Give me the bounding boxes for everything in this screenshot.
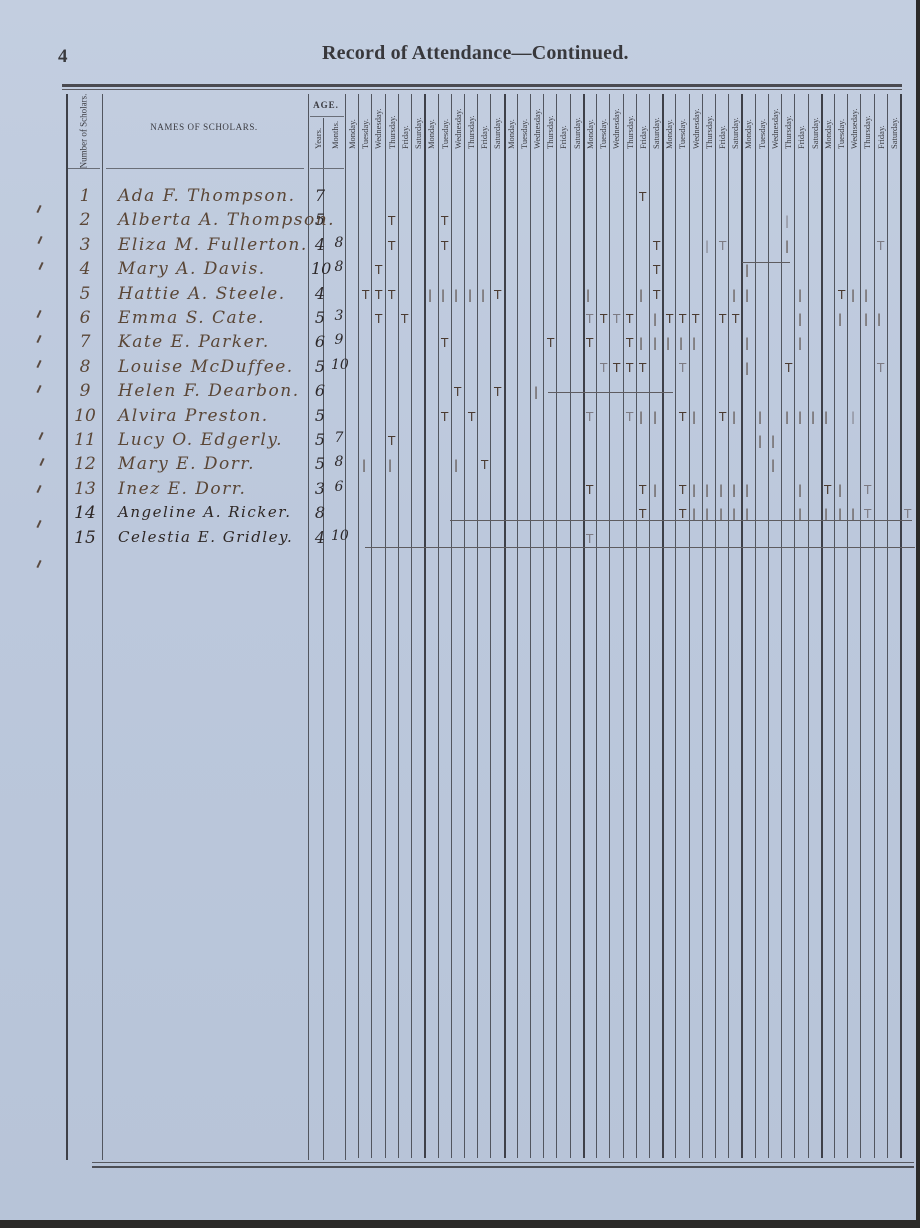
absence-mark: |: [705, 239, 709, 253]
scholar-name: Mary E. Dorr.: [118, 454, 255, 474]
scholar-row: 8Louise McDuffee.510: [0, 357, 360, 382]
tardy-mark: T: [494, 385, 501, 399]
tardy-mark: T: [639, 361, 646, 375]
day-header: Saturday.: [491, 110, 502, 170]
day-header-label: Wednseday.: [849, 137, 859, 149]
number-of-scholars-label: Number of Scholars.: [78, 94, 88, 169]
day-header: Saturday.: [809, 110, 820, 170]
scholar-name: Emma S. Cate.: [118, 308, 265, 328]
day-column-line: [543, 94, 544, 1158]
day-header: Thursday.: [544, 110, 555, 170]
scholar-name: Angeline A. Ricker.: [118, 503, 292, 521]
day-header-label: Friday.: [479, 137, 489, 149]
absence-mark: |: [745, 263, 749, 277]
absence-mark: |: [877, 312, 881, 326]
absence-mark: |: [798, 312, 802, 326]
scholar-age-months: 6: [331, 479, 347, 495]
absence-mark: |: [705, 507, 709, 521]
day-header: Monday.: [505, 110, 516, 170]
attendance-register-page: 4 Record of Attendance—Continued. Number…: [0, 0, 916, 1220]
absence-mark: |: [864, 288, 868, 302]
tardy-mark: T: [904, 507, 911, 521]
day-column-line: [385, 94, 386, 1158]
day-column-line: [689, 94, 690, 1158]
tardy-mark: T: [626, 410, 633, 424]
tardy-mark: T: [586, 336, 593, 350]
scholar-age-years: 4: [311, 235, 329, 254]
scholar-row: 13Inez E. Dorr.36: [0, 479, 360, 504]
tardy-mark: T: [613, 312, 620, 326]
day-header-label: Monday.: [426, 137, 436, 149]
day-header: Tuesday.: [756, 110, 767, 170]
absence-mark: |: [732, 410, 736, 424]
scholar-row: 9Helen F. Dearbon.6: [0, 381, 360, 406]
absence-mark: |: [653, 312, 657, 326]
scholar-row: 11Lucy O. Edgerly.57: [0, 430, 360, 455]
tardy-mark: T: [375, 263, 382, 277]
day-header: Friday.: [716, 110, 727, 170]
tardy-mark: T: [626, 336, 633, 350]
day-header-label: Saturday.: [651, 137, 661, 149]
absence-mark: |: [441, 288, 445, 302]
absence-mark: |: [639, 410, 643, 424]
header-underline: [68, 168, 100, 169]
absence-mark: |: [758, 410, 762, 424]
scholar-row: 7Kate E. Parker.69: [0, 332, 360, 357]
absence-mark: |: [428, 288, 432, 302]
absence-mark: |: [705, 483, 709, 497]
absence-mark: |: [838, 507, 842, 521]
tardy-mark: T: [375, 312, 382, 326]
tardy-mark: T: [824, 483, 831, 497]
tardy-mark: T: [586, 532, 593, 546]
absence-mark: |: [692, 483, 696, 497]
day-column-line: [609, 94, 610, 1158]
tardy-mark: T: [639, 507, 646, 521]
day-column-line: [556, 94, 557, 1158]
absence-mark: |: [838, 483, 842, 497]
day-header-label: Tuesday.: [360, 137, 370, 149]
absence-mark: |: [388, 458, 392, 472]
day-header-label: Saturday.: [810, 137, 820, 149]
day-header-label: Monday.: [506, 137, 516, 149]
years-header-label: Years.: [313, 137, 323, 149]
day-header: Monday.: [425, 110, 436, 170]
day-column-line: [755, 94, 756, 1158]
absence-mark: |: [732, 288, 736, 302]
day-header: Thursday.: [624, 110, 635, 170]
absence-mark: |: [851, 507, 855, 521]
day-header: Monday.: [584, 110, 595, 170]
tardy-mark: T: [679, 507, 686, 521]
scholar-name: Hattie A. Steele.: [118, 284, 286, 304]
day-header: Tuesday.: [518, 110, 529, 170]
day-header-label: Saturday.: [730, 137, 740, 149]
scholar-age-years: 5: [311, 406, 329, 425]
day-header-label: Wednesday.: [770, 137, 780, 149]
tardy-mark: T: [600, 312, 607, 326]
day-header: Wednesday.: [690, 110, 701, 170]
day-column-line: [860, 94, 861, 1158]
day-header-label: Thursday.: [545, 137, 555, 149]
day-header-label: Monday.: [743, 137, 753, 149]
age-underline: [310, 116, 344, 117]
day-header-label: Tuesday.: [440, 137, 450, 149]
day-header: Wednesday.: [769, 110, 780, 170]
scholar-row: 10Alvira Preston.5: [0, 406, 360, 431]
scholar-age-years: 10: [311, 259, 329, 278]
day-header-label: Wednesday.: [611, 137, 621, 149]
day-header: Friday.: [478, 110, 489, 170]
day-header-label: Tuesday.: [836, 137, 846, 149]
tardy-mark: T: [441, 410, 448, 424]
tardy-mark: T: [838, 288, 845, 302]
day-column-line: [715, 94, 716, 1158]
names-of-scholars-header: NAMES OF SCHOLARS.: [104, 122, 304, 132]
scholar-name: Lucy O. Edgerly.: [118, 430, 283, 450]
scholar-age-years: 3: [311, 479, 329, 498]
tardy-mark: T: [732, 312, 739, 326]
week-separator-line: [583, 94, 585, 1158]
tardy-mark: T: [547, 336, 554, 350]
scholar-age-months: 7: [331, 430, 347, 446]
tardy-mark: T: [877, 361, 884, 375]
day-column-line: [847, 94, 848, 1158]
scholar-number: 6: [70, 308, 100, 328]
scholar-age-months: 8: [331, 235, 347, 251]
tardy-mark: T: [785, 361, 792, 375]
day-column-line: [675, 94, 676, 1158]
absence-mark: |: [454, 288, 458, 302]
day-header: Friday.: [875, 110, 886, 170]
tardy-mark: T: [719, 410, 726, 424]
tardy-mark: T: [454, 385, 461, 399]
tardy-mark: T: [692, 312, 699, 326]
absence-mark: |: [732, 483, 736, 497]
ruled-line: [742, 262, 790, 263]
tardy-mark: T: [653, 263, 660, 277]
absence-mark: |: [653, 336, 657, 350]
tardy-mark: T: [481, 458, 488, 472]
scholar-name: Mary A. Davis.: [118, 259, 266, 279]
header-underline: [310, 168, 344, 169]
scholar-number: 7: [70, 332, 100, 352]
scholar-row: 14Angeline A. Ricker.8: [0, 503, 360, 528]
scholar-age-months: 8: [331, 259, 347, 275]
week-separator-line: [741, 94, 743, 1158]
absence-mark: |: [824, 507, 828, 521]
scholar-number: 12: [70, 454, 100, 474]
day-column-line: [570, 94, 571, 1158]
scholar-number: 4: [70, 259, 100, 279]
scholar-age-months: 3: [331, 308, 347, 324]
header-underline: [106, 168, 304, 169]
tardy-mark: T: [441, 336, 448, 350]
day-column-line: [702, 94, 703, 1158]
page-title: Record of Attendance—Continued.: [322, 42, 629, 65]
tardy-mark: T: [494, 288, 501, 302]
week-separator-line: [504, 94, 506, 1158]
absence-mark: |: [798, 507, 802, 521]
absence-mark: |: [864, 312, 868, 326]
absence-mark: |: [666, 336, 670, 350]
ruled-line: [548, 392, 673, 393]
scholar-name: Helen F. Dearbon.: [118, 381, 300, 401]
header-rule-thin: [62, 89, 902, 90]
day-header: Friday.: [637, 110, 648, 170]
ruled-line: [450, 520, 912, 521]
absence-mark: |: [481, 288, 485, 302]
absence-mark: |: [785, 410, 789, 424]
scholar-row: 6Emma S. Cate.53: [0, 308, 360, 333]
tardy-mark: T: [639, 190, 646, 204]
tardy-mark: T: [586, 312, 593, 326]
tardy-mark: T: [679, 483, 686, 497]
right-border-line: [900, 94, 902, 1158]
day-header: Friday.: [795, 110, 806, 170]
day-column-line: [728, 94, 729, 1158]
day-header-label: Thursday.: [387, 137, 397, 149]
day-column-line: [649, 94, 650, 1158]
absence-mark: |: [771, 434, 775, 448]
day-header: Saturday.: [650, 110, 661, 170]
day-header: Thursday.: [782, 110, 793, 170]
scholar-number: 11: [70, 430, 100, 450]
day-header: Wednesday.: [452, 110, 463, 170]
day-header: Thursday.: [386, 110, 397, 170]
age-header: AGE.: [309, 100, 343, 110]
months-header: Months.: [328, 110, 342, 170]
day-header: Tuesday.: [676, 110, 687, 170]
tardy-mark: T: [586, 483, 593, 497]
day-header-label: Monday.: [347, 137, 357, 149]
day-header-label: Friday.: [400, 137, 410, 149]
scholar-age-months: 10: [331, 357, 347, 373]
tardy-mark: T: [468, 410, 475, 424]
scholar-name: Kate E. Parker.: [118, 332, 270, 352]
day-column-line: [834, 94, 835, 1158]
absence-mark: |: [771, 458, 775, 472]
absence-mark: |: [798, 336, 802, 350]
absence-mark: |: [653, 483, 657, 497]
tardy-mark: T: [600, 361, 607, 375]
absence-mark: |: [798, 410, 802, 424]
day-header-label: Friday.: [558, 137, 568, 149]
tardy-mark: T: [653, 239, 660, 253]
day-column-line: [490, 94, 491, 1158]
scholar-age-months: 10: [331, 528, 347, 544]
scholar-row: 5Hattie A. Steele.4: [0, 284, 360, 309]
tardy-mark: T: [719, 239, 726, 253]
day-column-line: [874, 94, 875, 1158]
absence-mark: |: [692, 410, 696, 424]
header-rule: [62, 84, 902, 87]
number-of-scholars-header: Number of Scholars.: [66, 96, 100, 166]
scholar-row: 12Mary E. Dorr.58: [0, 454, 360, 479]
tardy-mark: T: [864, 507, 871, 521]
day-header-label: Thursday.: [783, 137, 793, 149]
day-header-label: Saturday.: [413, 137, 423, 149]
absence-mark: |: [798, 288, 802, 302]
absence-mark: |: [719, 507, 723, 521]
scholar-age-years: 6: [311, 332, 329, 351]
scholar-age-years: 5: [311, 210, 329, 229]
absence-mark: |: [851, 410, 855, 424]
scholar-name: Louise McDuffee.: [118, 357, 294, 377]
absence-mark: |: [679, 336, 683, 350]
months-header-label: Months.: [330, 137, 340, 149]
day-header-label: Tuesday.: [519, 137, 529, 149]
scholar-number: 5: [70, 284, 100, 304]
day-column-line: [768, 94, 769, 1158]
absence-mark: |: [785, 214, 789, 228]
day-column-line: [451, 94, 452, 1158]
tardy-mark: T: [639, 483, 646, 497]
scholar-age-years: 5: [311, 357, 329, 376]
tardy-mark: T: [388, 434, 395, 448]
scholar-row: 1Ada F. Thompson.7: [0, 186, 360, 211]
tardy-mark: T: [388, 214, 395, 228]
day-header: Saturday.: [888, 110, 899, 170]
day-column-line: [517, 94, 518, 1158]
footer-rule-thick: [92, 1166, 914, 1168]
day-header-label: Tuesday.: [677, 137, 687, 149]
day-header-label: Friday.: [717, 137, 727, 149]
page-number: 4: [58, 46, 68, 68]
tardy-mark: T: [719, 312, 726, 326]
tardy-mark: T: [375, 288, 382, 302]
tardy-mark: T: [679, 312, 686, 326]
scholar-name: Alberta A. Thompson.: [118, 210, 335, 230]
scholar-name: Ada F. Thompson.: [118, 186, 296, 206]
absence-mark: |: [692, 336, 696, 350]
scholar-age-years: 5: [311, 308, 329, 327]
absence-mark: |: [758, 434, 762, 448]
day-column-line: [438, 94, 439, 1158]
day-column-line: [398, 94, 399, 1158]
scholar-number: 9: [70, 381, 100, 401]
day-header-label: Wednesday.: [691, 137, 701, 149]
absence-mark: |: [798, 483, 802, 497]
scholar-age-years: 7: [311, 186, 329, 205]
day-header: Tuesday.: [439, 110, 450, 170]
day-column-line: [477, 94, 478, 1158]
day-header-label: Saturday.: [889, 137, 899, 149]
tardy-mark: T: [653, 288, 660, 302]
day-header: Wednesday.: [610, 110, 621, 170]
scholar-row: 3Eliza M. Fullerton.48: [0, 235, 360, 260]
scholar-age-years: 6: [311, 381, 329, 400]
tardy-mark: T: [586, 410, 593, 424]
absence-mark: |: [838, 312, 842, 326]
day-column-line: [371, 94, 372, 1158]
scholar-number: 15: [70, 528, 100, 548]
years-header: Years.: [311, 110, 325, 170]
day-header: Monday.: [663, 110, 674, 170]
scholar-age-months: 8: [331, 454, 347, 470]
tardy-mark: T: [877, 239, 884, 253]
day-header-label: Wednesday.: [453, 137, 463, 149]
scholar-number: 8: [70, 357, 100, 377]
absence-mark: |: [639, 288, 643, 302]
day-header-label: Saturday.: [572, 137, 582, 149]
tardy-mark: T: [401, 312, 408, 326]
book-edge: [0, 1220, 920, 1228]
day-header: Thursday.: [861, 110, 872, 170]
footer-rule: [92, 1162, 914, 1163]
day-header-label: Friday.: [638, 137, 648, 149]
tardy-mark: T: [441, 214, 448, 228]
day-header: Wednseday.: [848, 110, 859, 170]
absence-mark: |: [785, 239, 789, 253]
day-column-line: [623, 94, 624, 1158]
scholar-row: 15Celestia E. Gridley.410: [0, 528, 360, 553]
day-column-line: [887, 94, 888, 1158]
tardy-mark: T: [613, 361, 620, 375]
absence-mark: |: [362, 458, 366, 472]
absence-mark: |: [719, 483, 723, 497]
scholar-number: 10: [70, 406, 100, 426]
week-separator-line: [821, 94, 823, 1158]
absence-mark: |: [824, 410, 828, 424]
absence-mark: |: [454, 458, 458, 472]
scholar-age-years: 4: [311, 528, 329, 547]
tardy-mark: T: [626, 361, 633, 375]
scholar-age-months: 9: [331, 332, 347, 348]
scholar-number: 2: [70, 210, 100, 230]
tardy-mark: T: [626, 312, 633, 326]
day-header-label: Friday.: [876, 137, 886, 149]
day-header: Monday.: [822, 110, 833, 170]
day-column-line: [794, 94, 795, 1158]
day-column-line: [808, 94, 809, 1158]
ruled-line: [365, 547, 915, 548]
day-header-label: Monday.: [823, 137, 833, 149]
day-header: Monday.: [742, 110, 753, 170]
day-column-line: [411, 94, 412, 1158]
absence-mark: |: [745, 483, 749, 497]
day-header-label: Monday.: [585, 137, 595, 149]
scholar-name: Eliza M. Fullerton.: [118, 235, 308, 255]
scholar-number: 14: [70, 503, 100, 523]
day-header-label: Wednesday.: [373, 137, 383, 149]
day-header: Tuesday.: [359, 110, 370, 170]
day-column-line: [596, 94, 597, 1158]
absence-mark: |: [468, 288, 472, 302]
day-header-label: Thursday.: [466, 137, 476, 149]
scholar-name: Inez E. Dorr.: [118, 479, 246, 499]
day-header-label: Thursday.: [625, 137, 635, 149]
day-header-label: Saturday.: [492, 137, 502, 149]
scholar-age-years: 5: [311, 430, 329, 449]
day-header-label: Tuesday.: [757, 137, 767, 149]
day-column-line: [530, 94, 531, 1158]
day-header: Thursday.: [465, 110, 476, 170]
absence-mark: |: [732, 507, 736, 521]
day-column-line: [781, 94, 782, 1158]
tardy-mark: T: [388, 288, 395, 302]
absence-mark: |: [745, 288, 749, 302]
day-header-label: Wednesday.: [532, 137, 542, 149]
tardy-mark: T: [441, 239, 448, 253]
day-header: Saturday.: [729, 110, 740, 170]
day-header: Saturday.: [571, 110, 582, 170]
week-separator-line: [424, 94, 426, 1158]
scholar-row: 4Mary A. Davis.108: [0, 259, 360, 284]
scholar-number: 13: [70, 479, 100, 499]
day-header-label: Friday.: [796, 137, 806, 149]
tardy-mark: T: [679, 410, 686, 424]
